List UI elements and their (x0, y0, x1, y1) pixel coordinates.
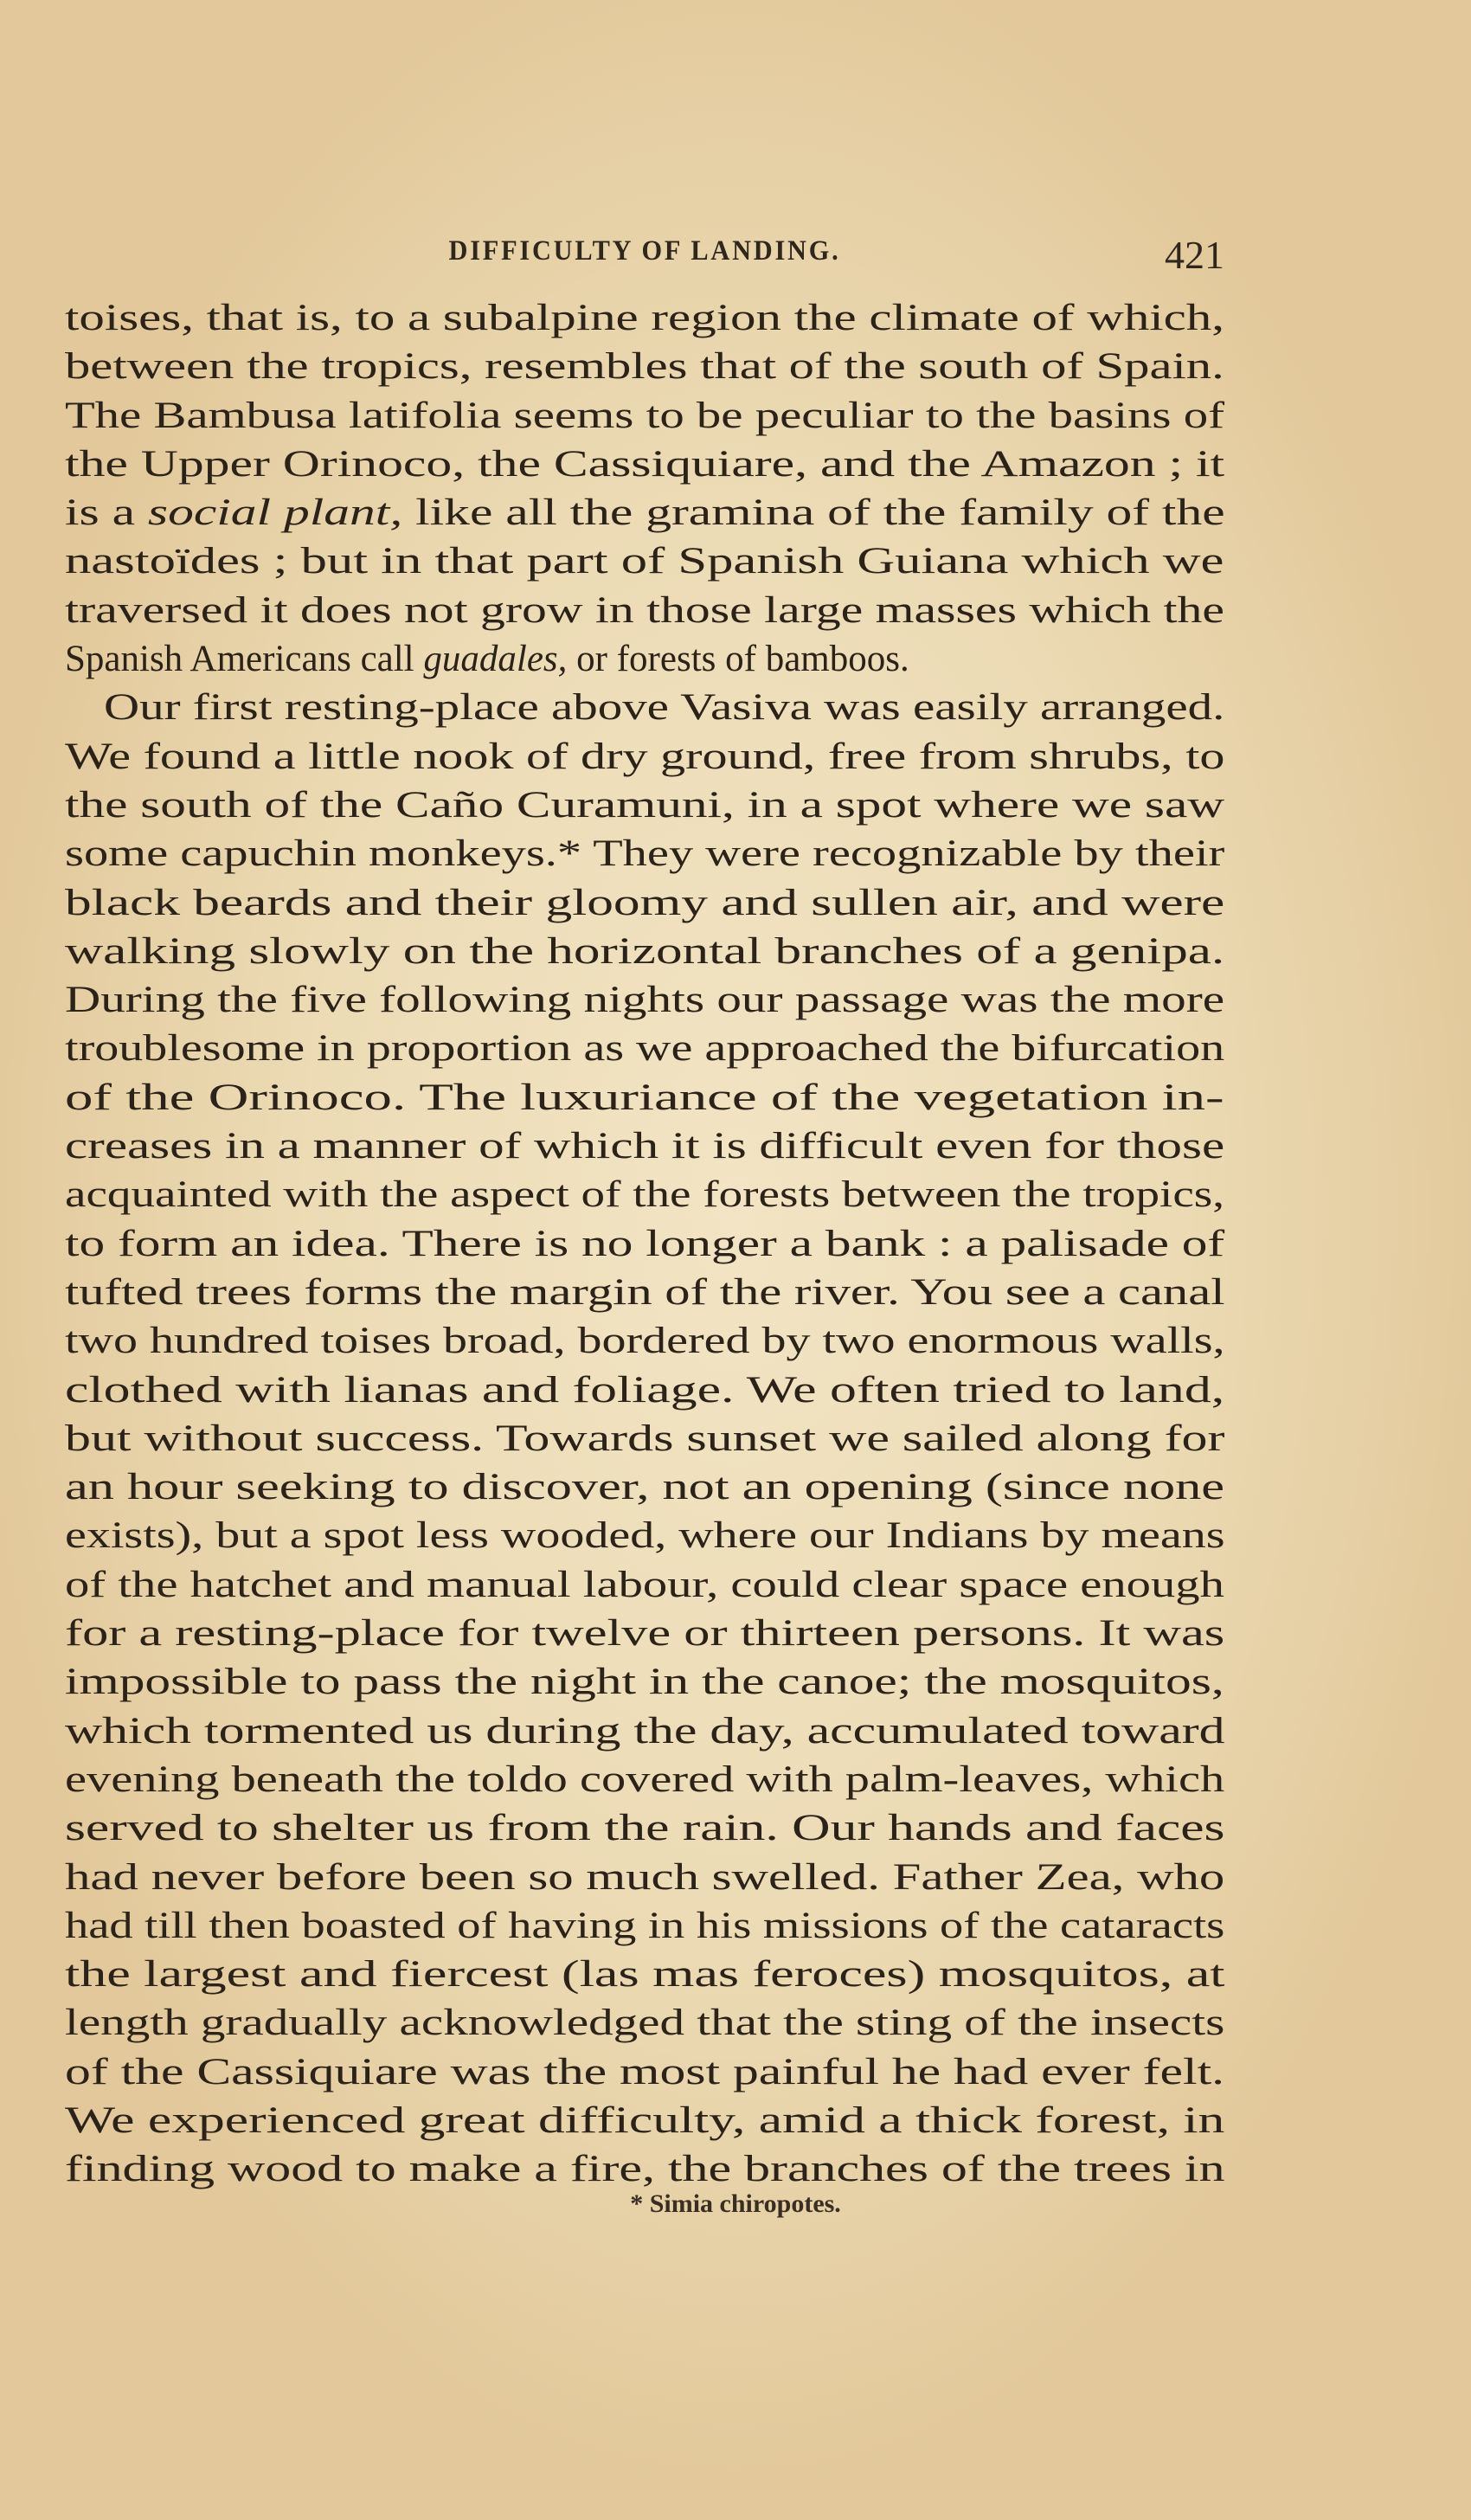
text-line: had never before been so much swelled. F… (65, 1854, 1224, 1902)
text-line: served to shelter us from the rain. Our … (65, 1804, 1224, 1853)
text-line-paragraph-start: Our first resting-place above Vasiva was… (65, 684, 1224, 732)
text-line: troublesome in proportion as we approach… (65, 1025, 1224, 1073)
book-page: Difficulty of Landing. 421 toises, that … (0, 0, 1471, 2520)
running-head: Difficulty of Landing. 421 (65, 235, 1224, 287)
text-line: the Upper Orinoco, the Cassiquiare, and … (65, 440, 1224, 489)
text-line: length gradually acknowledged that the s… (65, 1999, 1224, 2047)
text-line: nastoïdes ; but in that part of Spanish … (65, 537, 1224, 586)
footnote: * Simia chiropotes. (0, 2189, 1471, 2219)
running-title: Difficulty of Landing. (112, 235, 1179, 267)
italic-term: social plant, (148, 492, 402, 533)
text-line: the largest and fiercest (las mas feroce… (65, 1951, 1224, 1999)
text-line: We experienced great difficulty, amid a … (65, 2097, 1224, 2145)
text-line: exists), but a spot less wooded, where o… (65, 1512, 1224, 1560)
text-line: had till then boasted of having in his m… (65, 1902, 1224, 1951)
text-line: The Bambusa latifolia seems to be peculi… (65, 392, 1224, 440)
text-line: for a resting-place for twelve or thirte… (65, 1610, 1224, 1658)
text-line: clothed with lianas and foliage. We ofte… (65, 1366, 1224, 1415)
text-line: the south of the Caño Curamuni, in a spo… (65, 781, 1224, 830)
text-line: During the five following nights our pas… (65, 976, 1224, 1025)
text-line: evening beneath the toldo covered with p… (65, 1756, 1224, 1804)
text-line: of the Cassiquiare was the most painful … (65, 2048, 1224, 2097)
text-line: an hour seeking to discover, not an open… (65, 1463, 1224, 1512)
text-line: tufted trees forms the margin of the riv… (65, 1269, 1224, 1317)
text-line: to form an idea. There is no longer a ba… (65, 1220, 1224, 1269)
text-line: traversed it does not grow in those larg… (65, 587, 1224, 635)
text-line: finding wood to make a fire, the branche… (65, 2145, 1224, 2194)
text-line: acquainted with the aspect of the forest… (65, 1171, 1224, 1219)
text-line: walking slowly on the horizontal branche… (65, 928, 1224, 976)
text-line: between the tropics, resembles that of t… (65, 343, 1224, 391)
text-line: some capuchin monkeys.* They were recogn… (65, 830, 1224, 878)
text-line: We found a little nook of dry ground, fr… (65, 733, 1224, 781)
text-line: of the hatchet and manual labour, could … (65, 1561, 1224, 1610)
text-line: impossible to pass the night in the cano… (65, 1658, 1224, 1707)
text-line: is a social plant, like all the gramina … (65, 489, 1224, 537)
text-line: creases in a manner of which it is diffi… (65, 1122, 1224, 1171)
text-line: Spanish Americans call guadales, or fore… (65, 635, 1224, 684)
text-line: which tormented us during the day, accum… (65, 1707, 1224, 1756)
italic-term: guadales, (423, 639, 567, 679)
body-text: toises, that is, to a subalpine region t… (65, 294, 1224, 2195)
page-number: 421 (1165, 232, 1224, 278)
text-line: but without success. Towards sunset we s… (65, 1415, 1224, 1463)
text-line: black beards and their gloomy and sullen… (65, 879, 1224, 928)
text-line: of the Orinoco. The luxuriance of the ve… (65, 1074, 1224, 1122)
text-line: toises, that is, to a subalpine region t… (65, 294, 1224, 343)
text-line: two hundred toises broad, bordered by tw… (65, 1317, 1224, 1366)
